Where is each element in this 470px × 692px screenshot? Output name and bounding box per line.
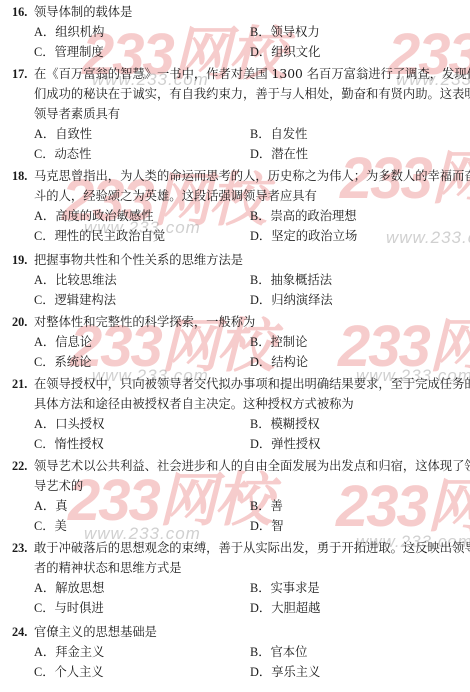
options: A．自致性 B．自发性 C．动态性 D．潜在性 <box>12 124 462 164</box>
question-21: 21.在领导授权中，只向被领导者交代拟办事项和提出明确结果要求，至于完成任务的 … <box>12 374 462 454</box>
options: A．比较思维法 B．抽象概括法 C．逻辑建构法 D．归纳演绎法 <box>12 270 462 310</box>
option-d[interactable]: D．坚定的政治立场 <box>250 226 357 246</box>
question-23: 23.敢于冲破落后的思想观念的束缚，善于从实际出发，勇于开拓进取。这反映出领导 … <box>12 538 462 618</box>
option-d[interactable]: D．组织文化 <box>250 42 320 62</box>
question-stem-continued: 斗的人，经验颂之为英雄。这段话强调领导者应具有 <box>12 186 462 206</box>
question-stem-continued: 领导者素质具有 <box>12 104 462 124</box>
question-number: 24. <box>12 622 34 642</box>
option-a[interactable]: A．组织机构 <box>34 22 104 42</box>
options: A．高度的政治敏感性 B．崇高的政治理想 C．理性的民主政治自觉 D．坚定的政治… <box>12 206 462 246</box>
question-stem: 官僚主义的思想基础是 <box>34 625 157 639</box>
option-d[interactable]: D．大胆超越 <box>250 598 320 618</box>
option-d[interactable]: D．结构论 <box>250 352 308 372</box>
option-c[interactable]: C．惰性授权 <box>34 434 104 454</box>
option-b[interactable]: B．自发性 <box>250 124 307 144</box>
options: A．口头授权 B．模糊授权 C．惰性授权 D．弹性授权 <box>12 414 462 454</box>
option-c[interactable]: C．系统论 <box>34 352 91 372</box>
options: A．解放思想 B．实事求是 C．与时俱进 D．大胆超越 <box>12 578 462 618</box>
option-a[interactable]: A．真 <box>34 496 68 516</box>
question-stem: 领导艺术以公共利益、社会进步和人的自由全面发展为出发点和归宿，这体现了领 <box>34 459 470 473</box>
question-stem: 在《百万富翁的智慧》一书中，作者对美国 1300 名百万富翁进行了调查，发现他 <box>34 67 470 81</box>
option-d[interactable]: D．享乐主义 <box>250 662 320 682</box>
question-stem-continued: 导艺术的 <box>12 476 462 496</box>
option-c[interactable]: C．美 <box>34 516 67 536</box>
option-a[interactable]: A．口头授权 <box>34 414 104 434</box>
option-d[interactable]: D．弹性授权 <box>250 434 320 454</box>
option-c[interactable]: C．动态性 <box>34 144 91 164</box>
option-b[interactable]: B．控制论 <box>250 332 307 352</box>
question-stem: 把握事物共性和个性关系的思维方法是 <box>34 253 243 267</box>
question-24: 24.官僚主义的思想基础是 A．拜金主义 B．官本位 C．个人主义 D．享乐主义 <box>12 622 462 682</box>
options: A．拜金主义 B．官本位 C．个人主义 D．享乐主义 <box>12 642 462 682</box>
option-c[interactable]: C．个人主义 <box>34 662 104 682</box>
option-c[interactable]: C．逻辑建构法 <box>34 290 116 310</box>
options: A．真 B．善 C．美 D．智 <box>12 496 462 536</box>
option-a[interactable]: A．信息论 <box>34 332 92 352</box>
question-22: 22.领导艺术以公共利益、社会进步和人的自由全面发展为出发点和归宿，这体现了领 … <box>12 456 462 536</box>
question-stem-continued: 具体方法和途径由被授权者自主决定。这种授权方式被称为 <box>12 394 462 414</box>
option-d[interactable]: D．潜在性 <box>250 144 308 164</box>
option-a[interactable]: A．拜金主义 <box>34 642 104 662</box>
question-stem: 在领导授权中，只向被领导者交代拟办事项和提出明确结果要求，至于完成任务的 <box>34 377 470 391</box>
option-b[interactable]: B．模糊授权 <box>250 414 320 434</box>
option-a[interactable]: A．解放思想 <box>34 578 104 598</box>
option-c[interactable]: C．管理制度 <box>34 42 104 62</box>
question-20: 20.对整体性和完整性的科学探索，一般称为 A．信息论 B．控制论 C．系统论 … <box>12 312 462 372</box>
option-b[interactable]: B．善 <box>250 496 283 516</box>
question-number: 22. <box>12 456 34 476</box>
option-a[interactable]: A．自致性 <box>34 124 92 144</box>
question-number: 20. <box>12 312 34 332</box>
question-stem-continued: 们成功的秘诀在于诚实，有自我约束力，善于与人相处，勤奋和有贤内助。这表明 <box>12 84 462 104</box>
option-d[interactable]: D．归纳演绎法 <box>250 290 333 310</box>
option-b[interactable]: B．崇高的政治理想 <box>250 206 357 226</box>
option-b[interactable]: B．抽象概括法 <box>250 270 332 290</box>
options: A．信息论 B．控制论 C．系统论 D．结构论 <box>12 332 462 372</box>
option-b[interactable]: B．领导权力 <box>250 22 320 42</box>
question-stem: 敢于冲破落后的思想观念的束缚，善于从实际出发，勇于开拓进取。这反映出领导 <box>34 541 470 555</box>
question-stem: 对整体性和完整性的科学探索，一般称为 <box>34 315 255 329</box>
option-b[interactable]: B．实事求是 <box>250 578 320 598</box>
question-number: 19. <box>12 250 34 270</box>
question-stem-continued: 者的精神状态和思维方式是 <box>12 558 462 578</box>
option-c[interactable]: C．与时俱进 <box>34 598 104 618</box>
question-number: 21. <box>12 374 34 394</box>
question-number: 18. <box>12 166 34 186</box>
question-number: 16. <box>12 2 34 22</box>
question-17: 17.在《百万富翁的智慧》一书中，作者对美国 1300 名百万富翁进行了调查，发… <box>12 64 462 164</box>
option-d[interactable]: D．智 <box>250 516 284 536</box>
question-number: 23. <box>12 538 34 558</box>
question-19: 19.把握事物共性和个性关系的思维方法是 A．比较思维法 B．抽象概括法 C．逻… <box>12 250 462 310</box>
option-b[interactable]: B．官本位 <box>250 642 307 662</box>
option-a[interactable]: A．比较思维法 <box>34 270 117 290</box>
question-stem: 领导体制的载体是 <box>34 5 132 19</box>
option-c[interactable]: C．理性的民主政治自觉 <box>34 226 165 246</box>
question-number: 17. <box>12 64 34 84</box>
exam-page: 233网校 233网校 www.233.com www.233.com 233网… <box>0 0 470 692</box>
options: A．组织机构 B．领导权力 C．管理制度 D．组织文化 <box>12 22 462 62</box>
question-18: 18.马克思曾指出，为人类的命运而思考的人，历史称之为伟人；为多数人的幸福而奋 … <box>12 166 462 246</box>
option-a[interactable]: A．高度的政治敏感性 <box>34 206 154 226</box>
question-16: 16.领导体制的载体是 A．组织机构 B．领导权力 C．管理制度 D．组织文化 <box>12 2 462 62</box>
question-stem: 马克思曾指出，为人类的命运而思考的人，历史称之为伟人；为多数人的幸福而奋 <box>34 169 470 183</box>
